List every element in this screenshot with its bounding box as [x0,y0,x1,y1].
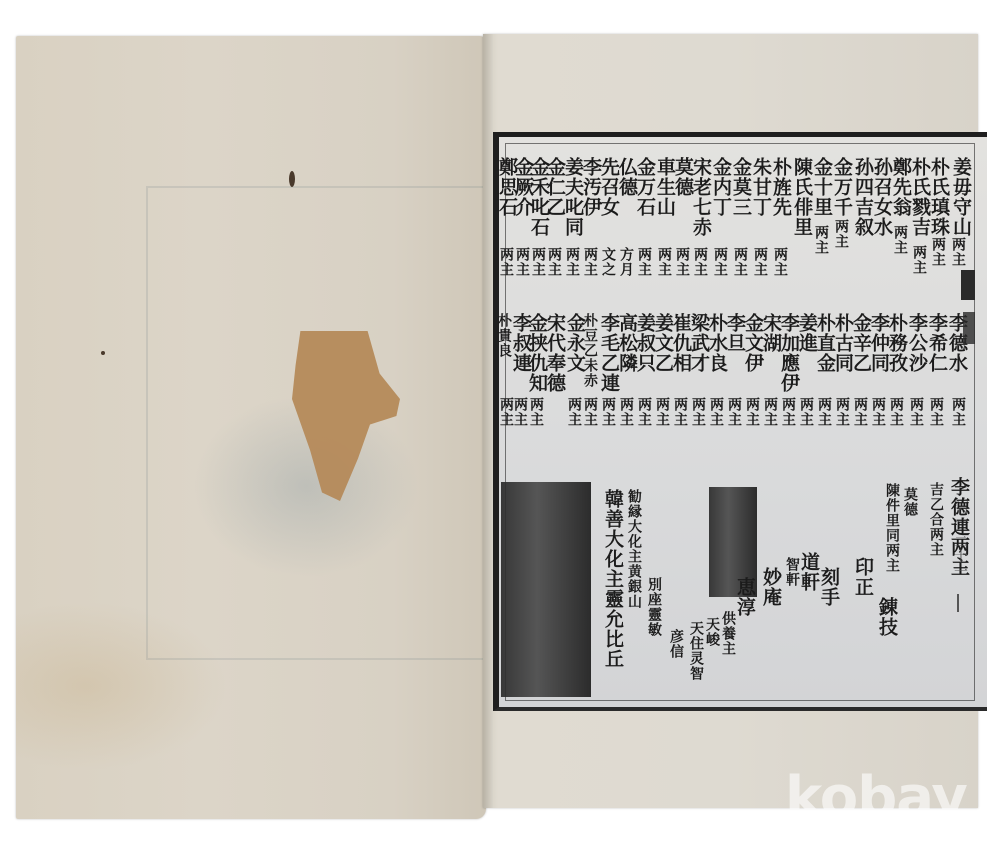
name-col: 車生山 [655,157,674,217]
amount-col: 两主 [619,397,633,427]
name-col: 金内丁 [711,157,730,217]
bottom-text-col: 供養主 [721,611,735,656]
amount-col: 两主 [657,247,671,277]
bottom-text-col: 天峻 [705,617,719,647]
amount-col: 两主 [513,397,527,427]
name-col: 朱甘丁 [751,157,770,217]
name-col: 李叔連 [511,313,530,373]
bottom-text-col: 彦信 [669,629,683,659]
amount-col: 两主 [733,247,747,277]
amount-col: 两主 [834,219,848,249]
amount-col: 两主 [565,247,579,277]
name-col: 李毛乙連 [599,313,618,393]
amount-col: 两主 [529,397,543,427]
printed-block: 姜毋守山 两主 朴氏瑱珠 两主 朴氏戮吉 两主 鄭先翁 两主 孙召女水 孙四吉叙… [493,132,987,711]
amount-col: 两主 [601,397,615,427]
amount-col: 两主 [515,247,529,277]
amount-col: 两主 [951,397,965,427]
bottom-text-col: 勧縁大化主黄銀山 [627,489,641,609]
amount-col: 方月 [619,247,633,277]
ink-block-left [501,482,591,697]
amount-col: 两主 [909,397,923,427]
name-col: 鄭先翁 [891,157,910,217]
spine-edge [483,34,493,808]
name-col: 金十里 [812,157,831,217]
fold-ornament-top [961,270,975,300]
amount-col: 两主 [691,397,705,427]
name-col: 李公沙 [907,313,926,373]
amount-col: 两主 [799,397,813,427]
amount-col: 两主 [889,397,903,427]
left-page [16,36,486,819]
amount-col: 两主 [912,245,926,275]
bottom-text-col: 恵淳 [735,577,754,617]
bottom-text-col: 智軒 [785,557,799,587]
name-col: 朴氏戮吉 [910,157,929,237]
amount-col: 两主 [499,247,513,277]
amount-col: 两主 [745,397,759,427]
amount-col: 两主 [893,225,907,255]
bottom-text-col: 印正 [853,557,872,597]
amount-col: 两主 [931,237,945,267]
amount-col: 两主 [871,397,885,427]
bottom-text-col: 別座靈敏 [647,577,661,637]
amount-col: 两主 [693,247,707,277]
watermark: kobay [785,765,1000,809]
amount-col: 两主 [853,397,867,427]
amount-col: 两主 [817,397,831,427]
bottom-text-col: 刻手 [819,567,838,607]
bottom-text-col: 韓善大化主靈允比丘 [603,489,622,669]
name-col: 鄭思石 [497,157,516,217]
amount-col: 两主 [773,247,787,277]
bottom-text-col: 錬技 [877,597,896,637]
name-col: 朴旌先 [771,157,790,217]
amount-col: 两主 [583,397,597,427]
amount-col: 两主 [675,247,689,277]
amount-col: 两主 [781,397,795,427]
amount-col: 两主 [727,397,741,427]
fold-ornament-mid [963,312,975,344]
stain-speck [101,351,105,355]
amount-col: 两主 [499,397,513,427]
amount-col: 两主 [763,397,777,427]
name-col: 孙召女水 [872,157,891,237]
amount-col: 两主 [835,397,849,427]
name-col: 李希仁 [927,313,946,373]
bottom-text-col: 天住灵智 [689,621,703,681]
bottom-text-col: 吉乙合两主 [929,482,943,557]
amount-col: 两主 [709,397,723,427]
amount-col: 两主 [547,247,561,277]
bottom-text-col: 陳件里同两主 [885,483,899,573]
edge-mark [957,594,959,612]
name-col: 金万千 [832,157,851,217]
amount-col: 两主 [673,397,687,427]
name-col: 陳氏俳里 [792,157,811,237]
edge-page-number: 二十一 [953,534,967,579]
name-col: 金永文 [565,313,584,373]
amount-col: 两主 [531,247,545,277]
amount-col: 两主 [583,247,597,277]
bottom-text-col: 妙庵 [761,567,780,607]
name-col: 朴氏瑱珠 [929,157,948,237]
amount-col: 两主 [637,397,651,427]
amount-col: 两主 [929,397,943,427]
name-col: 朴貴良 [497,313,511,358]
amount-col: 两主 [753,247,767,277]
amount-col: 两主 [713,247,727,277]
amount-col: 文之 [601,247,615,277]
right-page: 姜毋守山 两主 朴氏瑱珠 两主 朴氏戮吉 两主 鄭先翁 两主 孙召女水 孙四吉叙… [483,34,978,808]
name-col: 孙四吉叙 [853,157,872,237]
amount-col: 两主 [637,247,651,277]
name-col: 姜毋守山 [951,157,970,237]
amount-col: 两主 [814,225,828,255]
bottom-text-col: 道軒 [799,552,818,592]
amount-col: 两主 [567,397,581,427]
amount-col: 两主 [655,397,669,427]
bottom-text-col: 莫德 [903,487,917,517]
name-col: 金莫三 [731,157,750,217]
amount-col: 两主 [951,237,965,267]
stain-speck [289,171,295,187]
